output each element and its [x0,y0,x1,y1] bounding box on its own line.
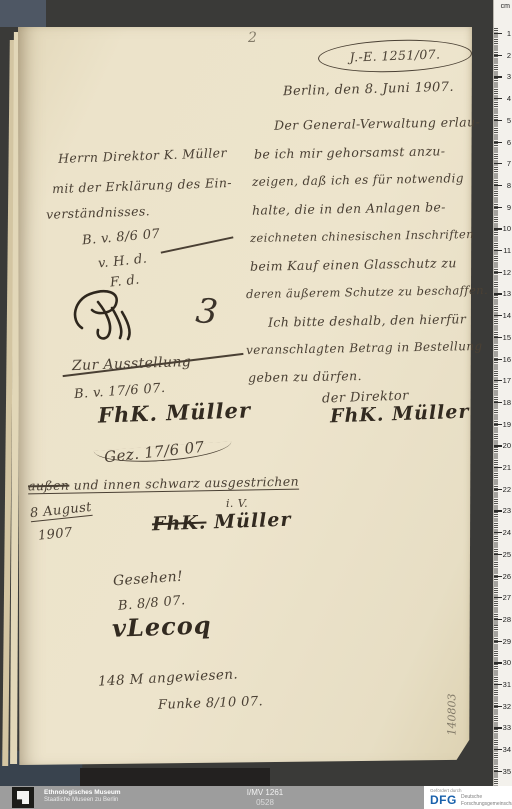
ruler-cm-tick [494,467,502,468]
ruler-cm-tick [494,771,502,772]
background-top-left-cover [0,0,46,27]
ruler-cm-number: 31 [503,680,511,689]
ruler-cm-number: 34 [503,745,511,754]
paraph-signature [68,282,148,342]
ruler-cm-tick [494,619,502,620]
signature-mueller: FhK. Müller [98,397,252,427]
archive-ref-number: I/MV 1261 [200,788,330,798]
ruler-cm-number: 24 [503,528,511,537]
ruler-cm-tick [494,554,502,555]
ruler-cm-number: 27 [503,593,511,602]
ruler-cm-tick [494,510,502,511]
pencil-folio-number: 2 [248,30,257,46]
iv-label: i. V. [226,497,248,510]
ruler-cm-number: 9 [507,203,511,212]
ruler-cm-tick [494,445,502,446]
ruler-cm-tick [494,315,502,316]
ruler-cm-number: 11 [503,246,511,255]
scan-page-number: 0528 [200,798,330,808]
ruler-cm-number: 4 [507,94,511,103]
ruler-cm-tick [494,272,502,273]
ruler-cm-tick [494,185,502,186]
ruler-cm-tick [494,98,502,99]
ruler-cm-tick [494,684,502,685]
ruler-cm-number: 1 [507,29,511,38]
archive-reference: I/MV 1261 0528 [200,788,330,808]
ruler-cm-tick [494,532,502,533]
ruler-cm-number: 3 [507,72,511,81]
museum-name: Ethnologisches Museum [44,789,121,797]
ruler-cm-number: 21 [503,463,511,472]
ruler-cm-tick [494,359,502,360]
ruler-cm-number: 8 [507,181,511,190]
ruler-cm-number: 13 [503,289,511,298]
ruler-cm-number: 30 [503,658,511,667]
ruler-cm-number: 33 [503,723,511,732]
ruler-cm-tick [494,228,502,229]
ruler-unit-label: cm [501,3,510,10]
ruler-millimeter-ticks [494,28,498,809]
pencil-scan-number: 140803 [446,680,459,750]
ruler-cm-tick [494,641,502,642]
ruler-cm-number: 15 [503,333,511,342]
ruler-cm-number: 29 [503,637,511,646]
ruler-cm-tick [494,76,502,77]
ruler-cm-number: 19 [503,420,511,429]
ruler-cm-tick [494,749,502,750]
ruler-cm-tick [494,33,502,34]
ruler-cm-number: 28 [503,615,511,624]
signature-lecoq: vLecoq [112,610,212,642]
scanned-document-page: 2 J.-E. 1251/07. Berlin, den 8. Juni 190… [0,0,512,809]
instruction-rest: und innen schwarz ausgestrichen [69,474,299,493]
ruler-cm-tick [494,380,502,381]
ruler-cm-tick [494,706,502,707]
ruler-cm-tick [494,120,502,121]
ruler-cm-tick [494,424,502,425]
signature-part: Müller [206,509,292,534]
ruler-cm-number: 18 [503,398,511,407]
ruler-cm-number: 23 [503,506,511,515]
ruler-cm-tick [494,337,502,338]
ruler-cm-number: 17 [503,376,511,385]
ruler-cm-tick [494,402,502,403]
dfg-logo-block: Gefördert durch DFG Deutsche Forschungsg… [424,786,512,809]
ruler-cm-number: 25 [503,550,511,559]
archive-footer-bar: Ethnologisches Museum Staatliche Museen … [0,786,512,809]
ruler-cm-number: 7 [507,159,511,168]
ruler-cm-number: 5 [507,116,511,125]
ruler-cm-tick [494,597,502,598]
dfg-full-name: Deutsche Forschungsgemeinschaft [461,794,512,807]
museum-credit: Ethnologisches Museum Staatliche Museen … [44,789,121,805]
ruler-cm-number: 35 [503,767,511,776]
ruler-cm-number: 12 [503,268,511,277]
ruler-cm-number: 10 [503,224,511,233]
marginal-numeral: 3 [194,291,220,333]
ruler-cm-number: 14 [503,311,511,320]
ruler-cm-tick [494,163,502,164]
smb-logo-icon [17,791,29,804]
ruler-cm-number: 22 [503,485,511,494]
ruler-cm-tick [494,207,502,208]
ruler-cm-tick [494,576,502,577]
museum-subtitle: Staatliche Museen zu Berlin [44,797,121,805]
ruler-cm-tick [494,55,502,56]
ruler: cm 1234567891011121314151617181920212223… [493,0,512,809]
ruler-cm-number: 26 [503,572,511,581]
ruler-cm-number: 16 [503,355,511,364]
dfg-name-line: Forschungsgemeinschaft [461,801,512,808]
ruler-cm-tick [494,142,502,143]
ruler-cm-number: 20 [503,441,511,450]
ruler-cm-tick [494,489,502,490]
ruler-cm-tick [494,727,502,728]
struck-word: außen [28,478,70,494]
dfg-logo: DFG [430,793,457,807]
ruler-cm-tick [494,293,502,294]
ruler-cm-number: 6 [507,138,511,147]
ruler-cm-tick [494,250,502,251]
background-bottom-shadow [80,768,270,788]
struck-signature-part: FhK. [152,512,207,536]
ruler-cm-tick [494,662,502,663]
ruler-cm-number: 32 [503,702,511,711]
body-line: geben zu dürfen. [248,368,362,385]
smb-logo [12,787,34,808]
ruler-cm-number: 2 [507,51,511,60]
